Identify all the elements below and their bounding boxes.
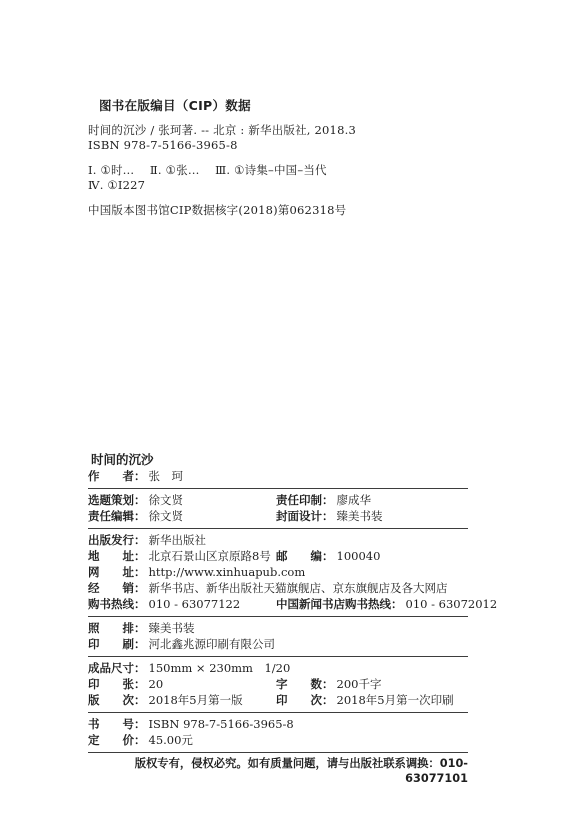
resp-editor-cell: 责任编辑：徐文贤 — [88, 508, 276, 524]
sheets-label: 印张 — [88, 676, 134, 692]
hotline-cell: 购书热线：010 - 63077122 — [88, 596, 276, 612]
resp-print-value: 廖成华 — [334, 493, 372, 507]
colon: ： — [322, 693, 334, 707]
hotline-label: 购书热线 — [88, 596, 134, 612]
author-value: 张 珂 — [146, 469, 184, 483]
divider — [88, 712, 468, 713]
cover-design-cell: 封面设计：臻美书装 — [276, 508, 383, 524]
price-cell: 定价：45.00元 — [88, 732, 193, 748]
word-count-label: 字数 — [276, 676, 322, 692]
book-number-row: 书号：ISBN 978-7-5166-3965-8 — [88, 716, 468, 732]
colon: ： — [134, 621, 146, 635]
website-value: http://www.xinhuapub.com — [146, 565, 306, 579]
resp-editor-value: 徐文贤 — [146, 509, 184, 523]
colon: ： — [134, 581, 146, 595]
sheets-row: 印张：20字数：200千字 — [88, 676, 468, 692]
word-count-value: 200千字 — [334, 677, 382, 691]
plan-label: 选题策划 — [88, 492, 134, 508]
book-number-label: 书号 — [88, 716, 134, 732]
format-row: 成品尺寸：150mm × 230mm 1/20 — [88, 660, 468, 676]
edition-row: 版次：2018年5月第一版印次：2018年5月第一次印刷 — [88, 692, 468, 708]
colon: ： — [134, 597, 146, 611]
book-number-value: ISBN 978-7-5166-3965-8 — [146, 717, 294, 731]
cip-entry-line: 时间的沉沙 / 张珂著. -- 北京 : 新华出版社, 2018.3 — [88, 123, 488, 138]
colon: ： — [134, 717, 146, 731]
divider — [88, 752, 468, 753]
colon: ： — [322, 509, 334, 523]
edition-label: 版次 — [88, 692, 134, 708]
word-count-cell: 字数：200千字 — [276, 676, 381, 692]
hotline-value: 010 - 63077122 — [146, 597, 241, 611]
staff-row-2: 责任编辑：徐文贤封面设计：臻美书装 — [88, 508, 468, 524]
typesetting-cell: 照排：臻美书装 — [88, 620, 195, 636]
typesetting-row: 照排：臻美书装 — [88, 620, 468, 636]
edition-value: 2018年5月第一版 — [146, 693, 243, 707]
staff-row-1: 选题策划：徐文贤责任印制：廖成华 — [88, 492, 468, 508]
printer-value: 河北鑫兆源印刷有限公司 — [146, 637, 276, 651]
colon: ： — [134, 733, 146, 747]
copyright-page: 图书在版编目（CIP）数据 时间的沉沙 / 张珂著. -- 北京 : 新华出版社… — [0, 0, 581, 818]
cip-block: 图书在版编目（CIP）数据 时间的沉沙 / 张珂著. -- 北京 : 新华出版社… — [88, 97, 488, 218]
cip-classification-line2: Ⅳ. ①I227 — [88, 178, 488, 193]
author-cell: 作者：张 珂 — [88, 468, 183, 484]
colophon-block: 时间的沉沙 作者：张 珂 选题策划：徐文贤责任印制：廖成华 责任编辑：徐文贤封面… — [88, 451, 468, 786]
printer-label: 印刷 — [88, 636, 134, 652]
cip-classification-line1: Ⅰ. ①时… Ⅱ. ①张… Ⅲ. ①诗集–中国–当代 — [88, 163, 488, 178]
colon: ： — [134, 533, 146, 547]
cover-design-label: 封面设计 — [276, 508, 322, 524]
colon: ： — [391, 597, 403, 611]
postcode-cell: 邮编：100040 — [276, 548, 380, 564]
colon: ： — [134, 469, 146, 483]
typesetting-label: 照排 — [88, 620, 134, 636]
colon: ： — [322, 549, 334, 563]
resp-print-label: 责任印制 — [276, 492, 322, 508]
colon: ： — [134, 493, 146, 507]
address-cell: 地址：北京石景山区京原路8号 — [88, 548, 276, 564]
cip-isbn-line: ISBN 978-7-5166-3965-8 — [88, 138, 488, 153]
impression-cell: 印次：2018年5月第一次印刷 — [276, 692, 454, 708]
colon: ： — [134, 693, 146, 707]
publisher-cell: 出版发行：新华出版社 — [88, 532, 206, 548]
colon: ： — [134, 677, 146, 691]
format-label: 成品尺寸 — [88, 660, 134, 676]
address-row: 地址：北京石景山区京原路8号邮编：100040 — [88, 548, 468, 564]
price-label: 定价 — [88, 732, 134, 748]
divider — [88, 488, 468, 489]
distribution-value: 新华书店、新华出版社天猫旗舰店、京东旗舰店及各大网店 — [146, 581, 448, 595]
resp-print-cell: 责任印制：廖成华 — [276, 492, 371, 508]
colon: ： — [134, 509, 146, 523]
format-cell: 成品尺寸：150mm × 230mm 1/20 — [88, 660, 290, 676]
address-label: 地址 — [88, 548, 134, 564]
sheets-cell: 印张：20 — [88, 676, 276, 692]
colon: ： — [134, 661, 146, 675]
news-hotline-value: 010 - 63072012 — [403, 597, 498, 611]
colon: ： — [134, 565, 146, 579]
postcode-label: 邮编 — [276, 548, 322, 564]
author-row: 作者：张 珂 — [88, 468, 468, 484]
colon: ： — [134, 637, 146, 651]
cip-record-line: 中国版本图书馆CIP数据核字(2018)第062318号 — [88, 203, 488, 218]
resp-editor-label: 责任编辑 — [88, 508, 134, 524]
price-value: 45.00元 — [146, 733, 193, 747]
book-title: 时间的沉沙 — [88, 451, 468, 468]
divider — [88, 528, 468, 529]
news-hotline-label: 中国新闻书店购书热线 — [276, 596, 391, 612]
hotline-row: 购书热线：010 - 63077122中国新闻书店购书热线：010 - 6307… — [88, 596, 468, 612]
website-cell: 网址：http://www.xinhuapub.com — [88, 564, 305, 580]
author-label: 作者 — [88, 468, 134, 484]
address-value: 北京石景山区京原路8号 — [146, 549, 271, 563]
printer-cell: 印刷：河北鑫兆源印刷有限公司 — [88, 636, 275, 652]
impression-value: 2018年5月第一次印刷 — [334, 693, 454, 707]
book-number-cell: 书号：ISBN 978-7-5166-3965-8 — [88, 716, 294, 732]
divider — [88, 616, 468, 617]
website-label: 网址 — [88, 564, 134, 580]
publisher-row: 出版发行：新华出版社 — [88, 532, 468, 548]
plan-value: 徐文贤 — [146, 493, 184, 507]
colon: ： — [134, 549, 146, 563]
sheets-value: 20 — [146, 677, 164, 691]
news-hotline-cell: 中国新闻书店购书热线：010 - 63072012 — [276, 596, 497, 612]
format-value: 150mm × 230mm 1/20 — [146, 661, 291, 675]
colon: ： — [322, 493, 334, 507]
printer-row: 印刷：河北鑫兆源印刷有限公司 — [88, 636, 468, 652]
typesetting-value: 臻美书装 — [146, 621, 195, 635]
copyright-notice: 版权专有，侵权必究。如有质量问题，请与出版社联系调换：010-63077101 — [88, 756, 468, 786]
website-row: 网址：http://www.xinhuapub.com — [88, 564, 468, 580]
distribution-cell: 经销：新华书店、新华出版社天猫旗舰店、京东旗舰店及各大网店 — [88, 580, 448, 596]
impression-label: 印次 — [276, 692, 322, 708]
publisher-value: 新华出版社 — [146, 533, 207, 547]
publisher-label: 出版发行 — [88, 532, 134, 548]
edition-cell: 版次：2018年5月第一版 — [88, 692, 276, 708]
plan-cell: 选题策划：徐文贤 — [88, 492, 276, 508]
distribution-row: 经销：新华书店、新华出版社天猫旗舰店、京东旗舰店及各大网店 — [88, 580, 468, 596]
postcode-value: 100040 — [334, 549, 381, 563]
colon: ： — [322, 677, 334, 691]
cip-heading: 图书在版编目（CIP）数据 — [88, 97, 488, 114]
distribution-label: 经销 — [88, 580, 134, 596]
cover-design-value: 臻美书装 — [334, 509, 383, 523]
divider — [88, 656, 468, 657]
price-row: 定价：45.00元 — [88, 732, 468, 748]
